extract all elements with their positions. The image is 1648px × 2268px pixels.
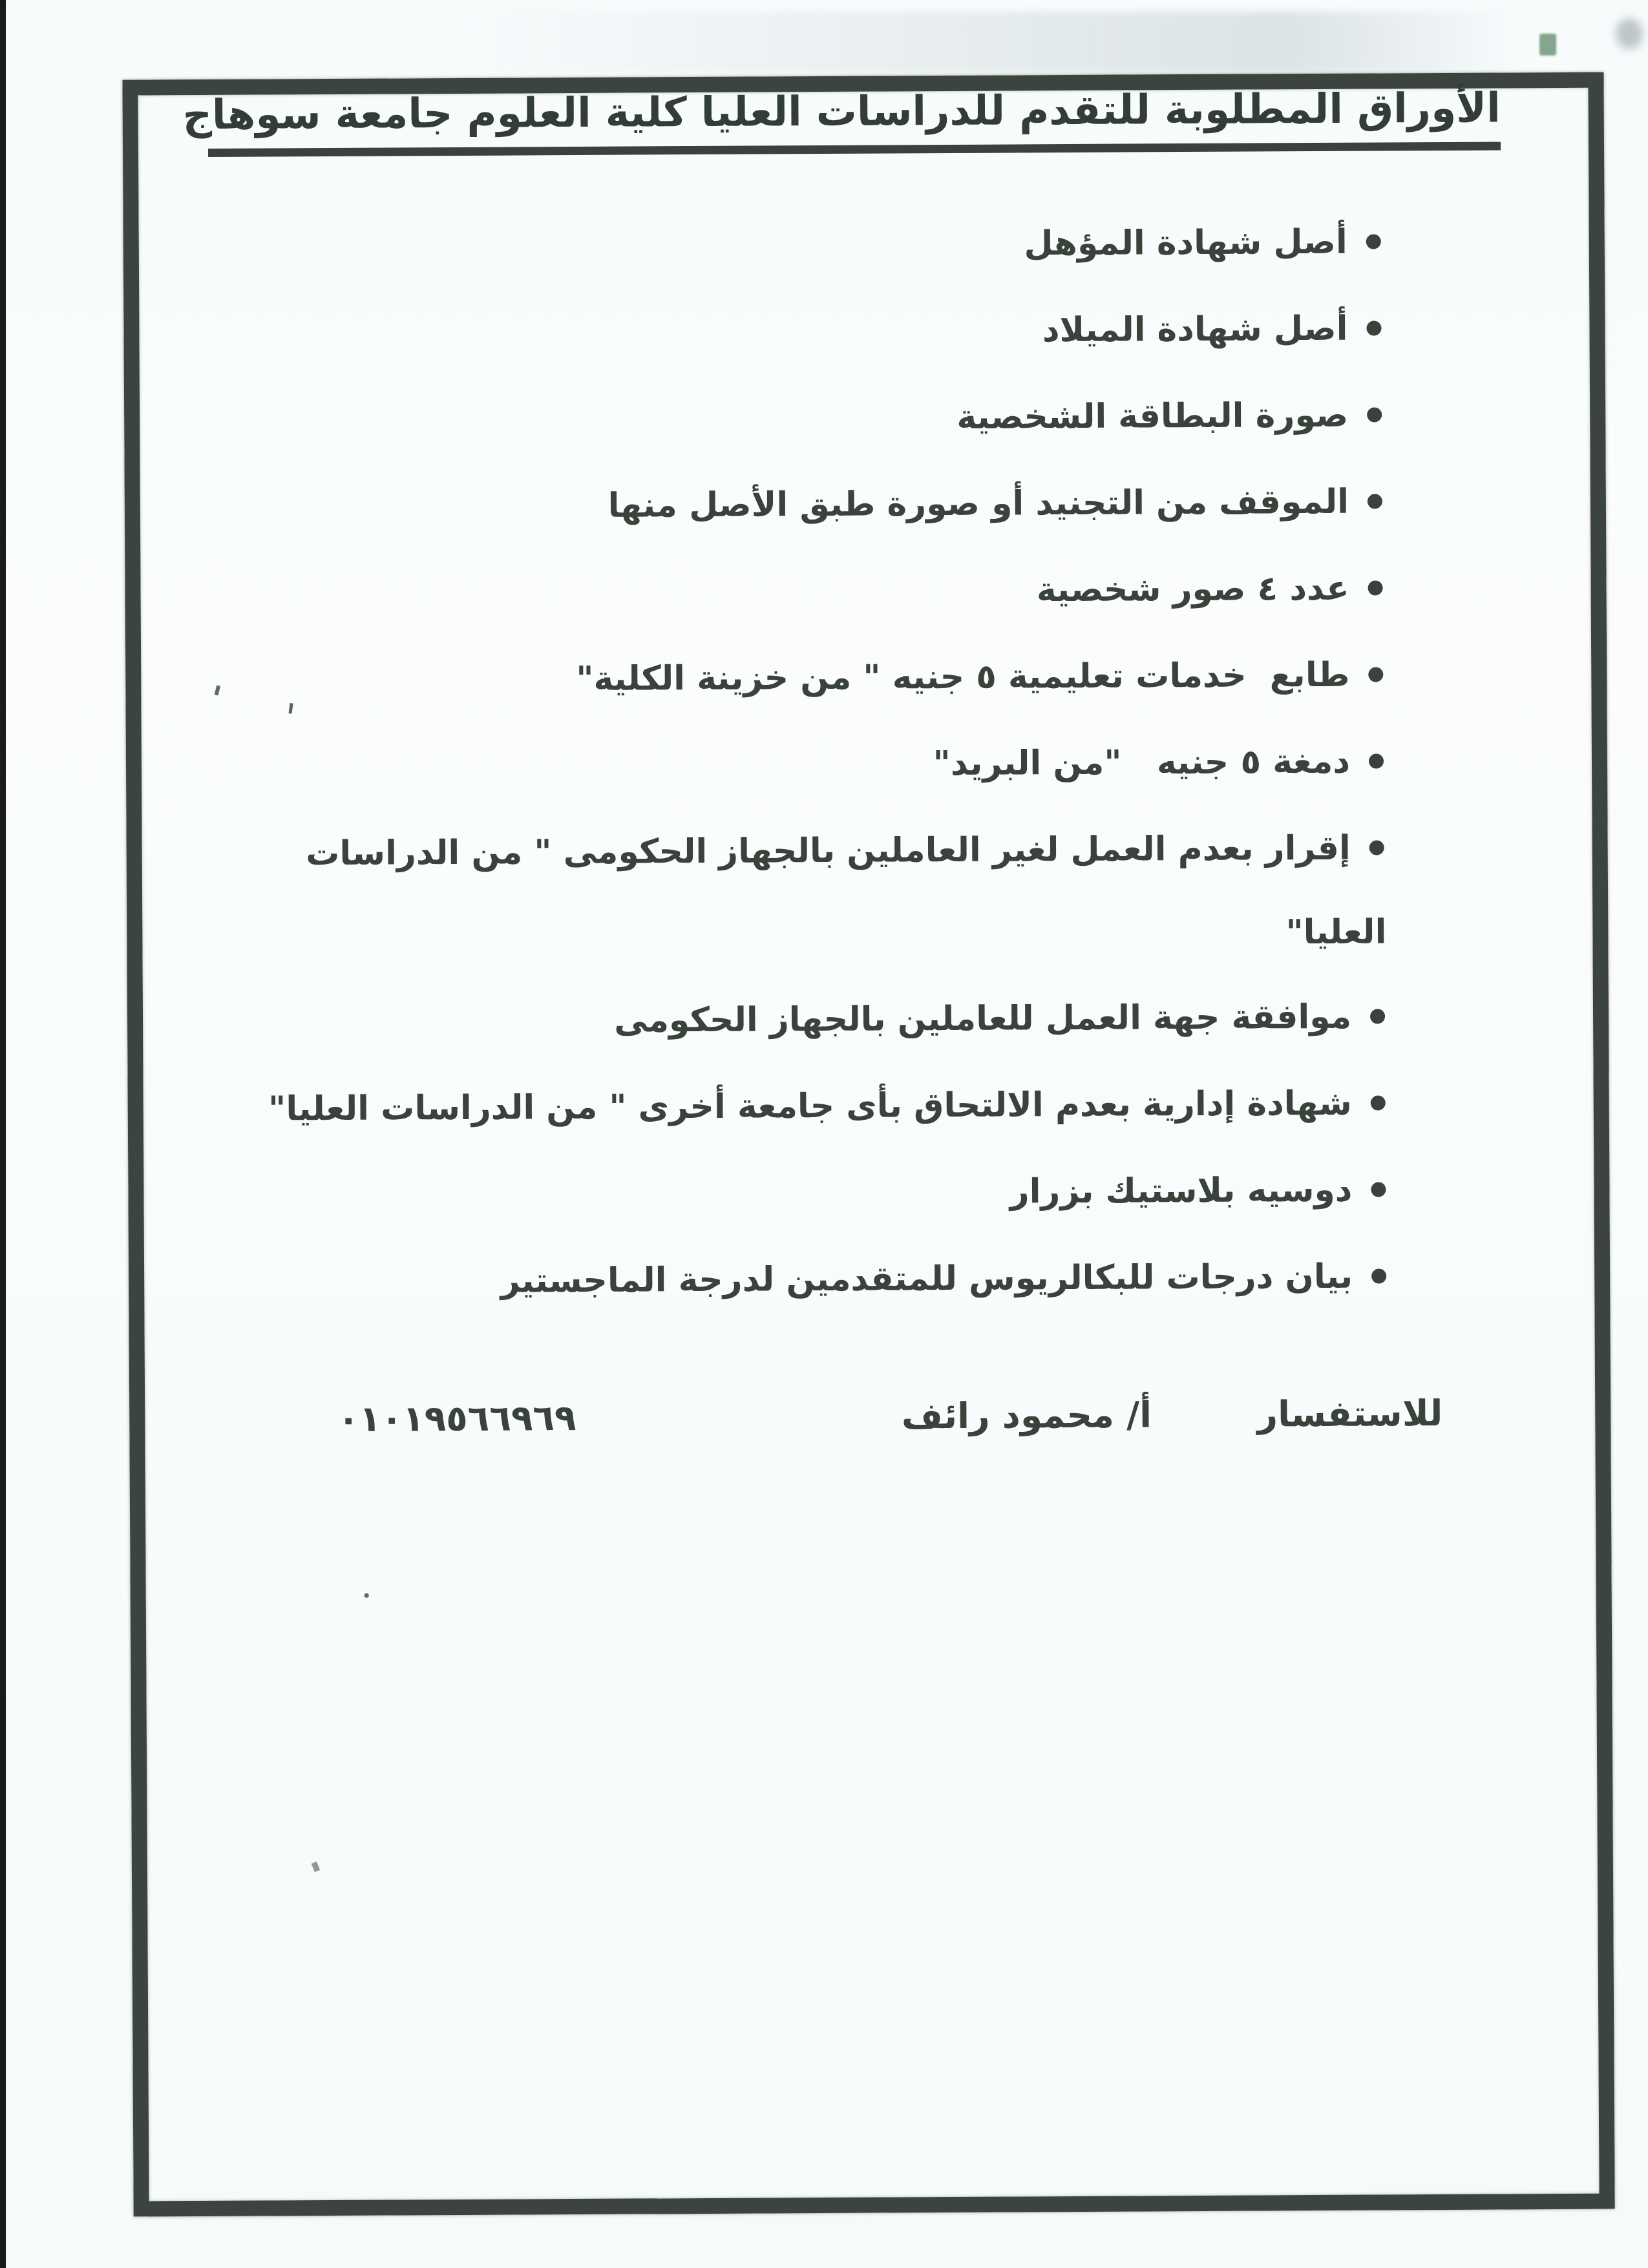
list-item-line: دمغة ٥ جنيه "من البريد" — [179, 719, 1351, 811]
list-item-line: إقرار بعدم العمل لغير العاملين بالجهاز ا… — [179, 805, 1351, 898]
list-item: موافقة جهة العمل للعاملين بالجهاز الحكوم… — [180, 973, 1389, 1066]
list-item-line: عدد ٤ صور شخصية — [178, 545, 1349, 638]
bullet-icon — [1371, 1182, 1386, 1197]
bullet-icon — [1368, 667, 1383, 682]
list-item: الموقف من التجنيد أو صورة طبق الأصل منها — [178, 458, 1387, 551]
list-item: صورة البطاقة الشخصية — [177, 372, 1386, 465]
list-item-text: أصل شهادة المؤهل — [176, 199, 1347, 291]
list-item-text: عدد ٤ صور شخصية — [178, 545, 1349, 638]
bullet-icon — [1371, 1095, 1386, 1110]
page-title: الأوراق المطلوبة للتقدم للدراسات العليا … — [208, 84, 1501, 156]
phone-number: ٠١٠١٩٥٦٦٩٦٩ — [337, 1372, 576, 1464]
list-item-text: شهادة إدارية بعدم الالتحاق بأى جامعة أخر… — [180, 1060, 1352, 1153]
list-item-text: طابع خدمات تعليمية ٥ جنيه " من خزينة الك… — [178, 632, 1350, 724]
list-item-text: موافقة جهة العمل للعاملين بالجهاز الحكوم… — [180, 974, 1352, 1066]
inquiry-label: للاستفسار — [1257, 1368, 1443, 1460]
list-item: أصل شهادة الميلاد — [176, 285, 1386, 378]
list-item-line: بيان درجات للبكالريوس للمتقدمين لدرجة ال… — [182, 1234, 1353, 1326]
list-item-line: أصل شهادة الميلاد — [176, 286, 1348, 378]
list-item-line: أصل شهادة المؤهل — [176, 199, 1347, 291]
list-item-line: موافقة جهة العمل للعاملين بالجهاز الحكوم… — [180, 974, 1352, 1066]
contact-name: أ/ محمود رائف — [902, 1369, 1152, 1461]
bullet-icon — [1368, 494, 1382, 509]
list-item-line: صورة البطاقة الشخصية — [177, 372, 1349, 465]
list-item: إقرار بعدم العمل لغير العاملين بالجهاز ا… — [179, 804, 1388, 980]
list-item: دمغة ٥ جنيه "من البريد" — [179, 718, 1388, 811]
list-item: أصل شهادة المؤهل — [176, 198, 1385, 291]
list-item-line: طابع خدمات تعليمية ٥ جنيه " من خزينة الك… — [178, 632, 1350, 724]
list-item: شهادة إدارية بعدم الالتحاق بأى جامعة أخر… — [180, 1060, 1389, 1153]
bullet-icon — [1369, 840, 1384, 855]
list-item-line: دوسيه بلاستيك بزرار — [181, 1147, 1353, 1239]
contact-row: للاستفسار أ/ محمود رائف ٠١٠١٩٥٦٦٩٦٩ — [337, 1368, 1443, 1464]
bullet-icon — [1367, 407, 1382, 422]
list-item-text: دوسيه بلاستيك بزرار — [181, 1147, 1353, 1239]
scan-speck — [364, 1593, 369, 1598]
list-item-text: أصل شهادة الميلاد — [176, 286, 1348, 378]
bullet-icon — [1370, 1009, 1385, 1024]
bullet-icon — [1368, 580, 1383, 595]
list-item-line: شهادة إدارية بعدم الالتحاق بأى جامعة أخر… — [180, 1060, 1352, 1153]
bullet-icon — [1366, 234, 1381, 249]
list-item-line: الموقف من التجنيد أو صورة طبق الأصل منها — [178, 459, 1349, 551]
list-item-text: دمغة ٥ جنيه "من البريد" — [179, 719, 1351, 811]
page-content: الأوراق المطلوبة للتقدم للدراسات العليا … — [0, 0, 1648, 2268]
list-item: دوسيه بلاستيك بزرار — [181, 1146, 1390, 1239]
list-item-text: إقرار بعدم العمل لغير العاملين بالجهاز ا… — [179, 805, 1351, 980]
requirements-list: أصل شهادة المؤهل أصل شهادة الميلاد صورة … — [176, 198, 1390, 1326]
list-item-text: صورة البطاقة الشخصية — [177, 372, 1349, 465]
list-item-line: العليا" — [180, 891, 1387, 980]
list-item-text: الموقف من التجنيد أو صورة طبق الأصل منها — [178, 459, 1349, 551]
bullet-icon — [1371, 1268, 1386, 1283]
list-item: بيان درجات للبكالريوس للمتقدمين لدرجة ال… — [182, 1233, 1391, 1326]
list-item: طابع خدمات تعليمية ٥ جنيه " من خزينة الك… — [178, 631, 1388, 724]
list-item-text: بيان درجات للبكالريوس للمتقدمين لدرجة ال… — [182, 1234, 1353, 1326]
bullet-icon — [1366, 320, 1381, 335]
list-item: عدد ٤ صور شخصية — [178, 545, 1387, 638]
scanned-document-page: الأوراق المطلوبة للتقدم للدراسات العليا … — [0, 0, 1648, 2268]
bullet-icon — [1369, 753, 1384, 768]
